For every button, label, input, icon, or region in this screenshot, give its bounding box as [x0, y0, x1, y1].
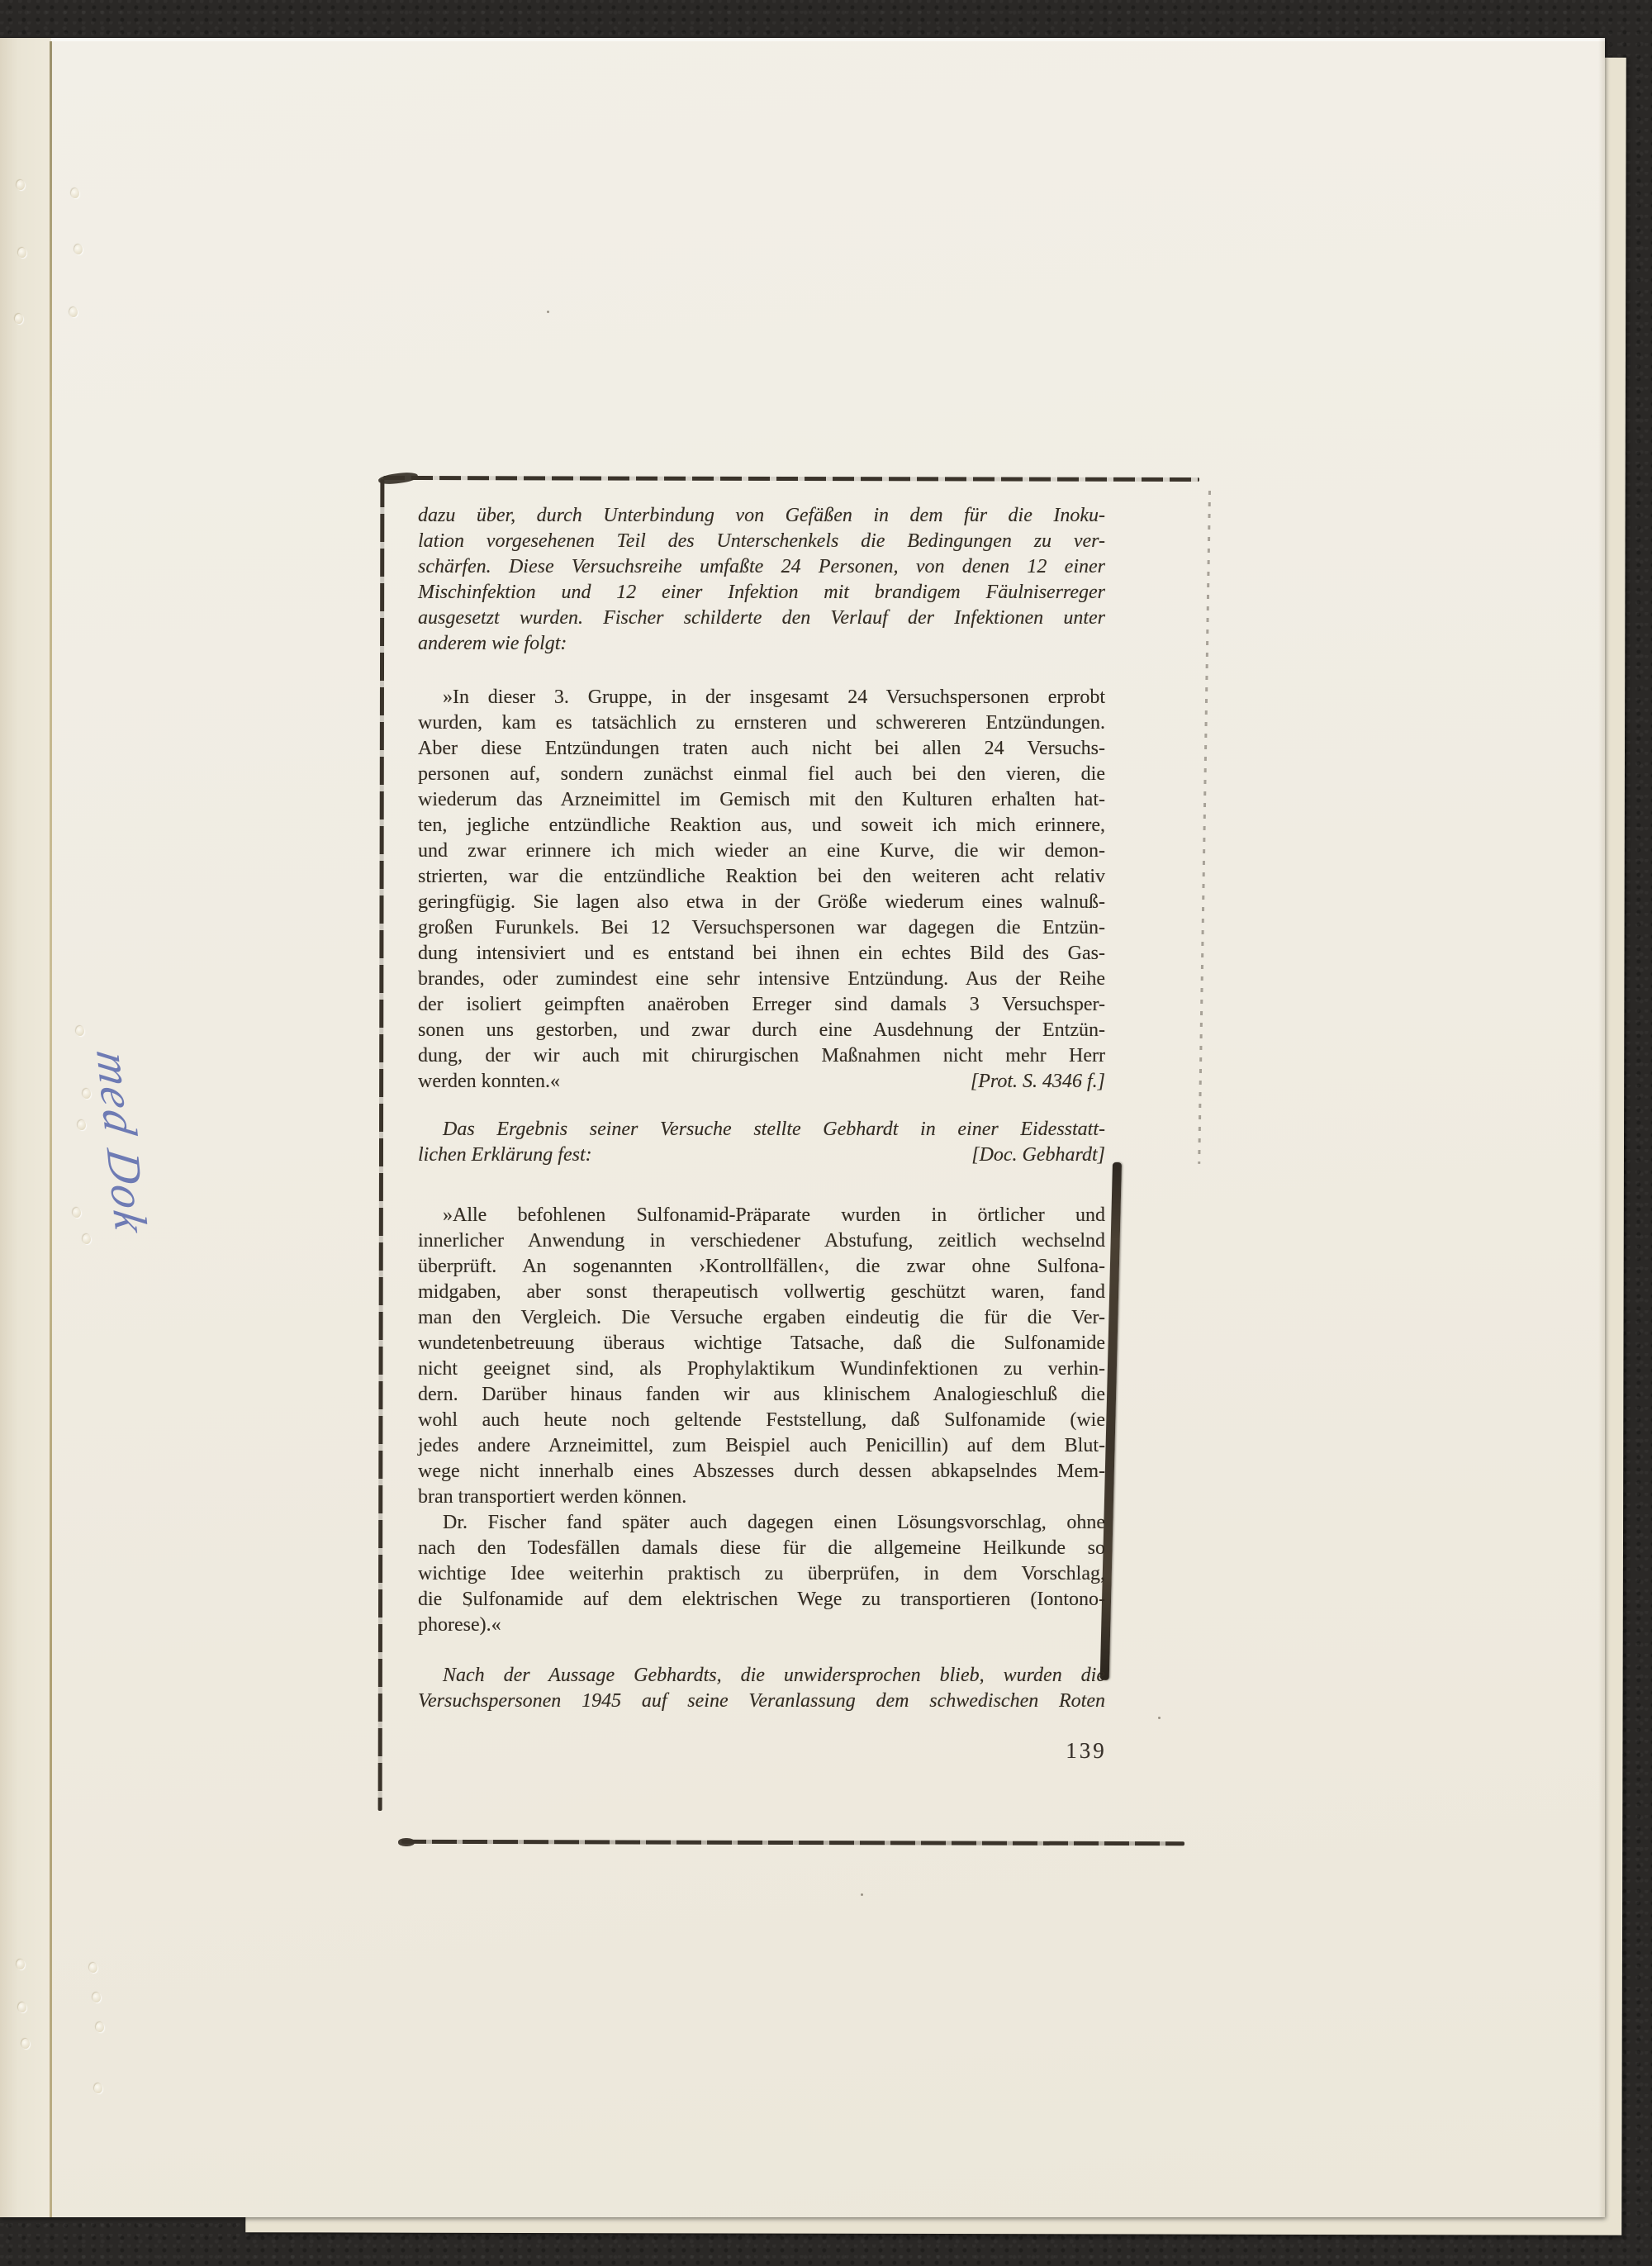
text-line: Aber diese Entzündungen traten auch nich… — [418, 736, 1105, 762]
text-line: Das Ergebnis seiner Versuche stellte Geb… — [418, 1117, 1105, 1143]
paper-emboss-mark — [18, 2002, 26, 2012]
text-line: sonen uns gestorben, und zwar durch eine… — [418, 1018, 1105, 1043]
text-line: wundetenbetreuung überaus wichtige Tatsa… — [418, 1331, 1105, 1356]
text-line: geringfügig. Sie lagen also etwa in der … — [418, 890, 1105, 915]
text-line: die Sulfonamide auf dem elektrischen Weg… — [418, 1587, 1105, 1613]
paper-emboss-mark — [17, 180, 25, 190]
text-line: midgaben, aber sonst therapeutisch vollw… — [418, 1280, 1105, 1305]
source-citation: [Doc. Gebhardt] — [971, 1143, 1105, 1168]
text-line: man den Vergleich. Die Versuche ergaben … — [418, 1305, 1105, 1331]
toner-speck — [547, 311, 549, 313]
text-line-left: lichen Erklärung fest: — [418, 1143, 592, 1168]
source-citation: [Prot. S. 4346 f.] — [971, 1069, 1105, 1095]
paper-emboss-mark — [96, 2022, 104, 2032]
text-line: ten, jegliche entzündliche Reaktion aus,… — [418, 813, 1105, 838]
text-line: ausgesetzt wurden. Fischer schilderte de… — [418, 606, 1105, 631]
text-line: Versuchspersonen 1945 auf seine Veranlas… — [418, 1689, 1105, 1714]
text-line: Mischinfektion und 12 einer Infektion mi… — [418, 580, 1105, 606]
paper-emboss-mark — [69, 307, 78, 317]
document-page: dazu über, durch Unterbindung von Gefäße… — [0, 38, 1605, 2217]
paper-emboss-mark — [17, 1960, 25, 1969]
text-line: schärfen. Diese Versuchsreihe umfaßte 24… — [418, 554, 1105, 580]
text-line: personen auf, sondern zunächst einmal fi… — [418, 762, 1105, 787]
text-line: lation vorgesehenen Teil des Unterschenk… — [418, 529, 1105, 554]
paper-emboss-mark — [18, 248, 26, 258]
text-line: nicht geeignet sind, als Prophylaktikum … — [418, 1356, 1105, 1382]
margin-annotation-handwriting: med Dok — [85, 1048, 158, 1238]
text-line: überprüft. An sogenannten ›Kontrollfälle… — [418, 1254, 1105, 1280]
gutter-fold-line — [50, 41, 52, 2217]
paper-emboss-mark — [93, 1993, 101, 2002]
text-line: anderem wie folgt: — [418, 631, 1105, 657]
narrator-gebhardt-lead-paragraph: Das Ergebnis seiner Versuche stellte Geb… — [418, 1117, 1105, 1168]
text-line: dung, der wir auch mit chirurgischen Maß… — [418, 1043, 1105, 1069]
fischer-quote-paragraph: »In dieser 3. Gruppe, in der insgesamt 2… — [418, 685, 1105, 1095]
text-line-left: werden konnten.« — [418, 1069, 560, 1095]
text-line: der isoliert geimpften anaëroben Erreger… — [418, 992, 1105, 1018]
narrator-closing-paragraph: Nach der Aussage Gebhardts, die unwiders… — [418, 1663, 1105, 1714]
copy-frame-right-border — [1198, 491, 1211, 1164]
text-line: wurden, kam es tatsächlich zu ernsteren … — [418, 710, 1105, 736]
text-line: wichtige Idee weiterhin praktisch zu übe… — [418, 1561, 1105, 1587]
text-line: jedes andere Arzneimittel, zum Beispiel … — [418, 1433, 1105, 1459]
copy-frame-bottom-border — [401, 1840, 1184, 1846]
text-line: dern. Darüber hinaus fanden wir aus klin… — [418, 1382, 1105, 1408]
page-number: 139 — [1045, 1738, 1127, 1764]
page-gutter-edge — [0, 38, 51, 2217]
text-line: dazu über, durch Unterbindung von Gefäße… — [418, 503, 1105, 529]
text-line: phorese).« — [418, 1613, 1105, 1638]
copy-frame-left-border — [378, 479, 385, 1811]
scan-background: dazu über, durch Unterbindung von Gefäße… — [0, 0, 1652, 2266]
text-line: Dr. Fischer fand später auch dagegen ein… — [418, 1510, 1105, 1536]
paper-emboss-mark — [76, 1026, 84, 1036]
text-line: wege nicht innerhalb eines Abszesses dur… — [418, 1459, 1105, 1485]
text-line: brandes, oder zumindest eine sehr intens… — [418, 967, 1105, 992]
narrator-intro-paragraph: dazu über, durch Unterbindung von Gefäße… — [418, 503, 1105, 657]
paper-emboss-mark — [94, 2083, 102, 2093]
paper-emboss-mark — [73, 1208, 81, 1218]
text-line: »In dieser 3. Gruppe, in der insgesamt 2… — [418, 685, 1105, 710]
paper-emboss-mark — [89, 1963, 97, 1973]
text-line: werden konnten.«[Prot. S. 4346 f.] — [418, 1069, 1105, 1095]
paper-emboss-mark — [71, 188, 79, 198]
toner-speck — [1158, 1717, 1161, 1719]
paper-emboss-mark — [83, 1234, 91, 1244]
text-line: und zwar erinnere ich mich wieder an ein… — [418, 838, 1105, 864]
text-line: Nach der Aussage Gebhardts, die unwiders… — [418, 1663, 1105, 1689]
paper-emboss-mark — [15, 314, 23, 324]
text-line: großen Furunkels. Bei 12 Versuchspersone… — [418, 915, 1105, 941]
copy-frame-top-border — [383, 476, 1199, 482]
text-line: innerlicher Anwendung in verschiedener A… — [418, 1228, 1105, 1254]
text-line: nach den Todesfällen damals diese für di… — [418, 1536, 1105, 1561]
text-line: bran transportiert werden können. — [418, 1485, 1105, 1510]
text-line: wiederum das Arzneimittel im Gemisch mit… — [418, 787, 1105, 813]
paper-emboss-mark — [78, 1120, 86, 1130]
text-column: dazu über, durch Unterbindung von Gefäße… — [418, 503, 1105, 1714]
toner-speck — [861, 1893, 863, 1896]
gebhardt-quote-paragraph: »Alle befohlenen Sulfonamid-Präparate wu… — [418, 1203, 1105, 1638]
paper-emboss-mark — [74, 245, 83, 254]
text-line: strierten, war die entzündliche Reaktion… — [418, 864, 1105, 890]
text-line: wohl auch heute noch geltende Feststellu… — [418, 1408, 1105, 1433]
text-line: »Alle befohlenen Sulfonamid-Präparate wu… — [418, 1203, 1105, 1228]
text-line: dung intensiviert und es entstand bei ih… — [418, 941, 1105, 967]
text-line: lichen Erklärung fest:[Doc. Gebhardt] — [418, 1143, 1105, 1168]
paper-emboss-mark — [21, 2039, 30, 2049]
